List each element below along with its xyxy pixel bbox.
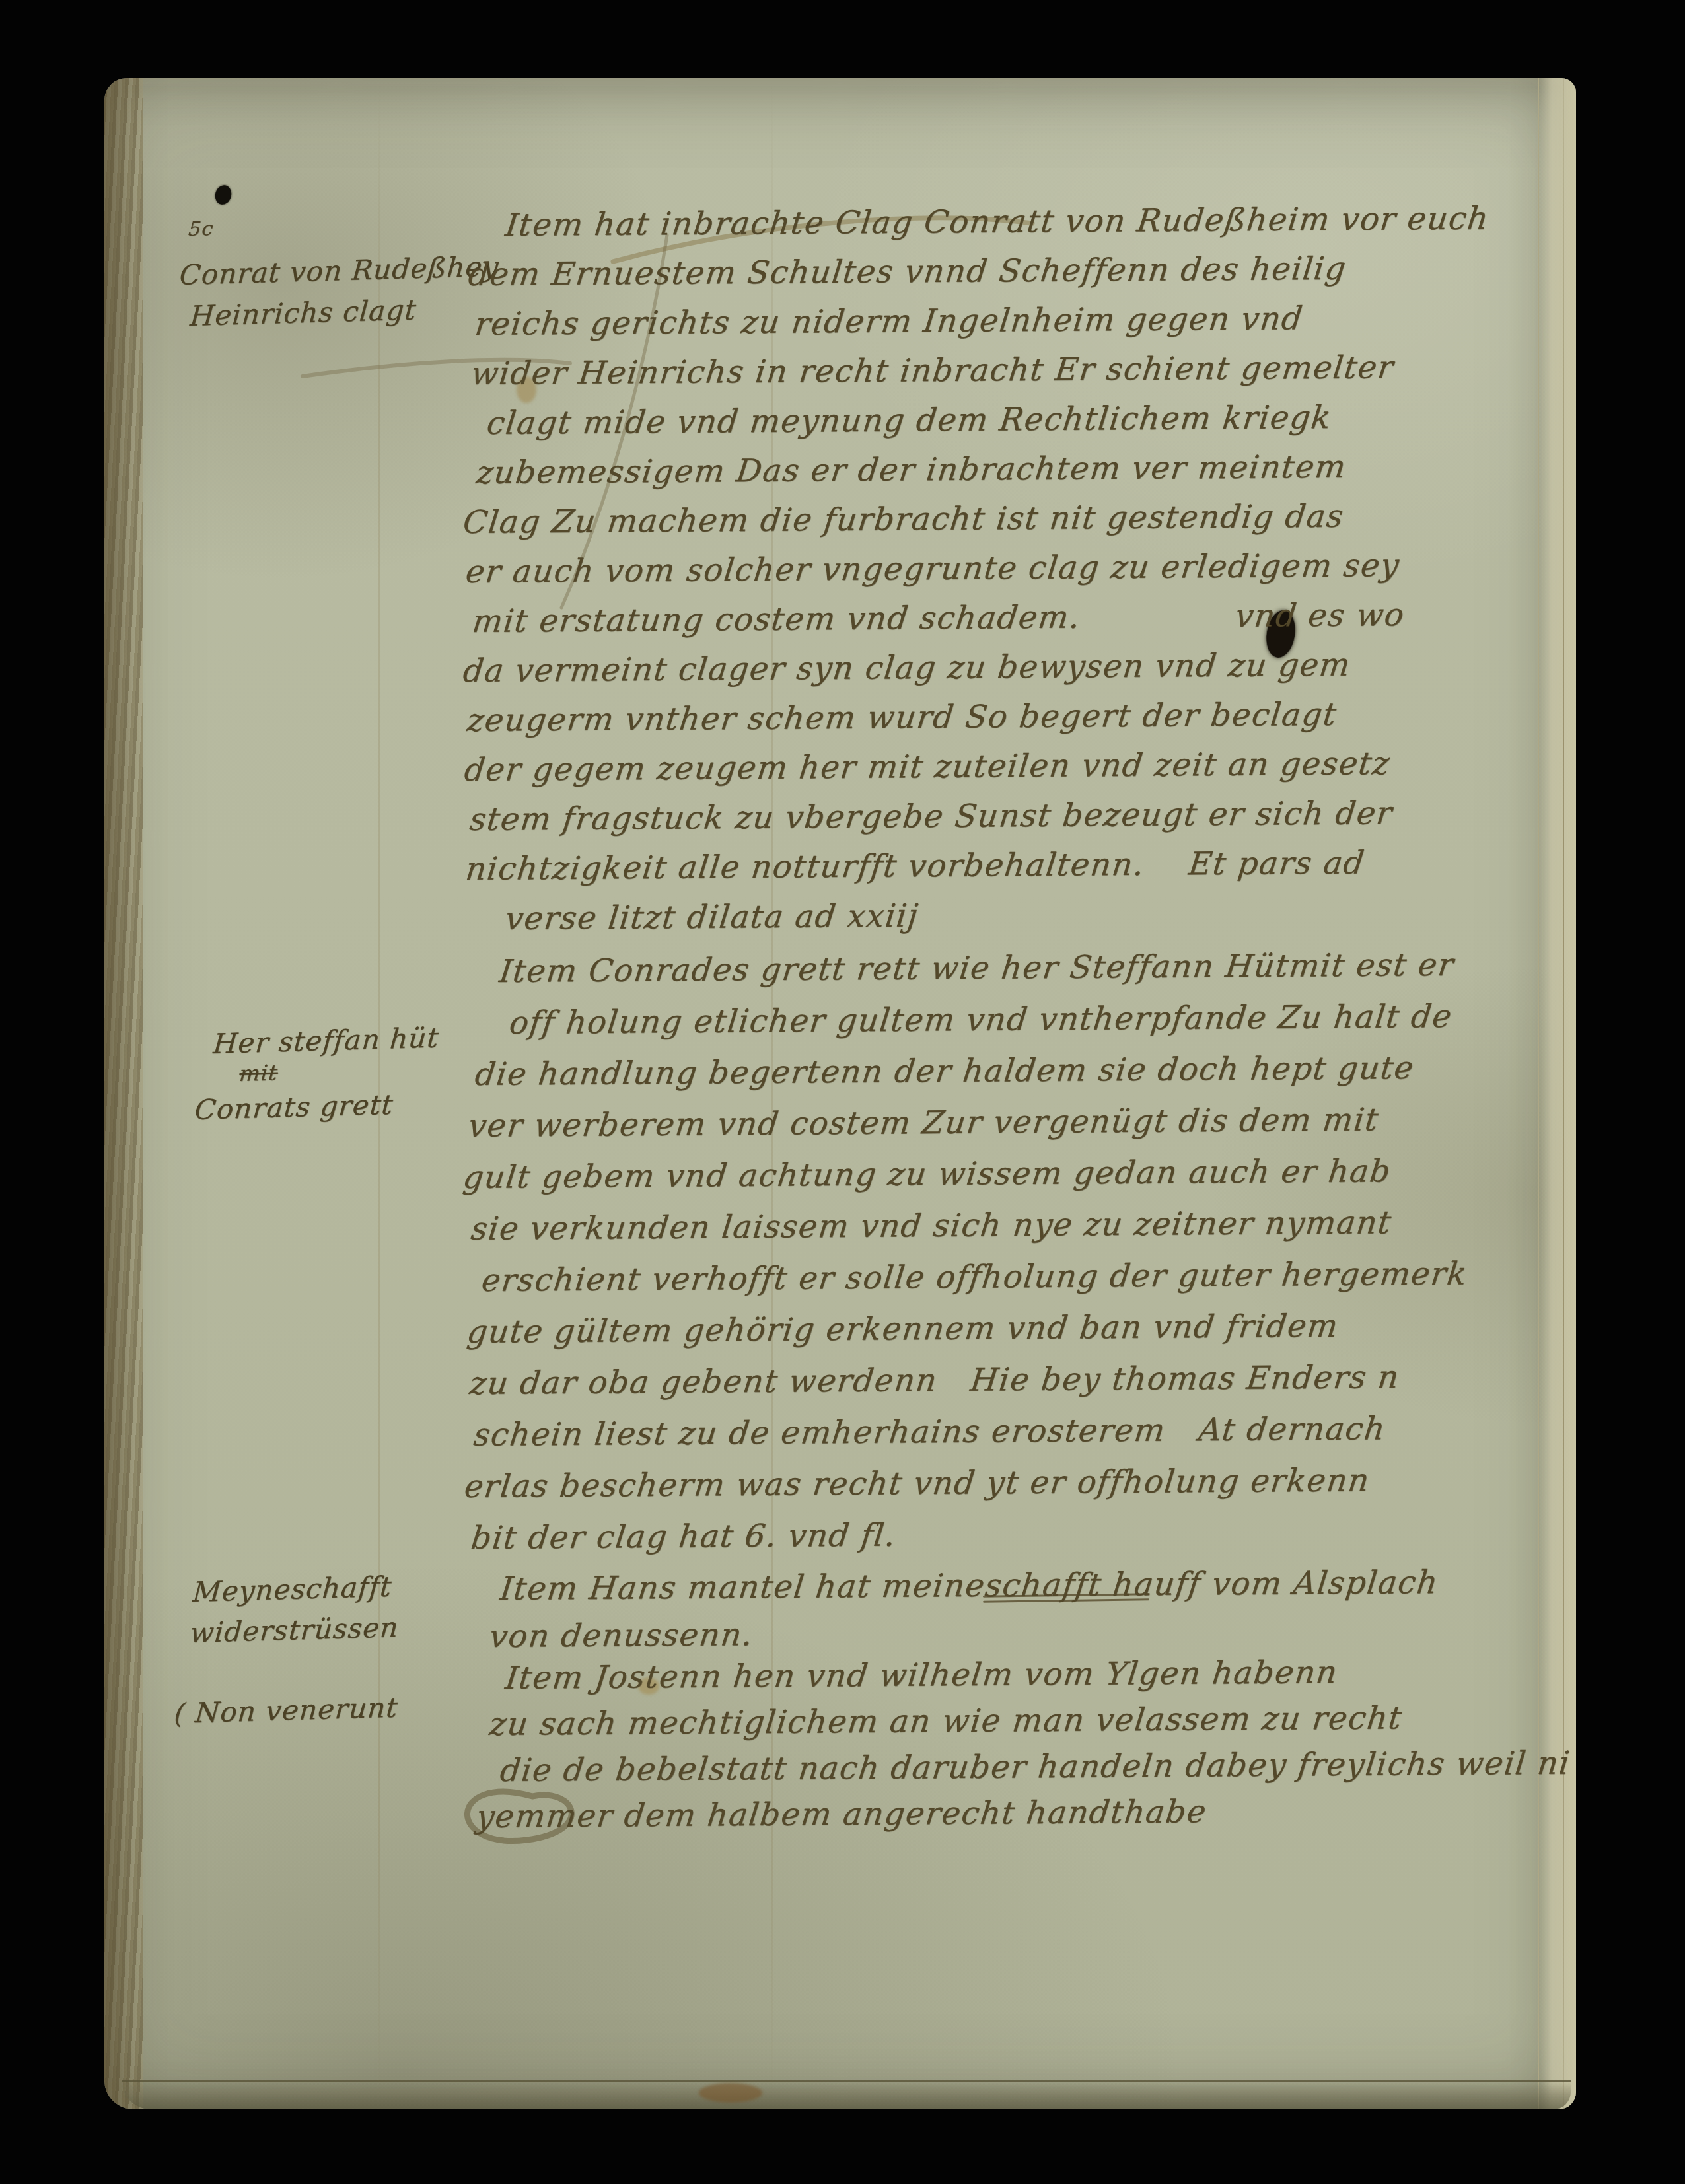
text-line: zu sach mechtiglichem an wie man velasse… xyxy=(487,1699,1404,1743)
text-line: yemmer dem halbem angerecht handthabe xyxy=(474,1793,1209,1835)
text-line: Item Jostenn hen vnd wilhelm vom Ylgen h… xyxy=(503,1654,1340,1697)
photograph-of-manuscript: 5cConrat von RudeßheyHeinrichs clagt Her… xyxy=(0,0,1685,2184)
paragraph-jostenn-wilhelm: Item Jostenn hen vnd wilhelm vom Ylgen h… xyxy=(104,78,1576,2109)
manuscript-page: 5cConrat von RudeßheyHeinrichs clagt Her… xyxy=(104,78,1576,2109)
text-line: die de bebelstatt nach daruber handeln d… xyxy=(498,1745,1572,1789)
